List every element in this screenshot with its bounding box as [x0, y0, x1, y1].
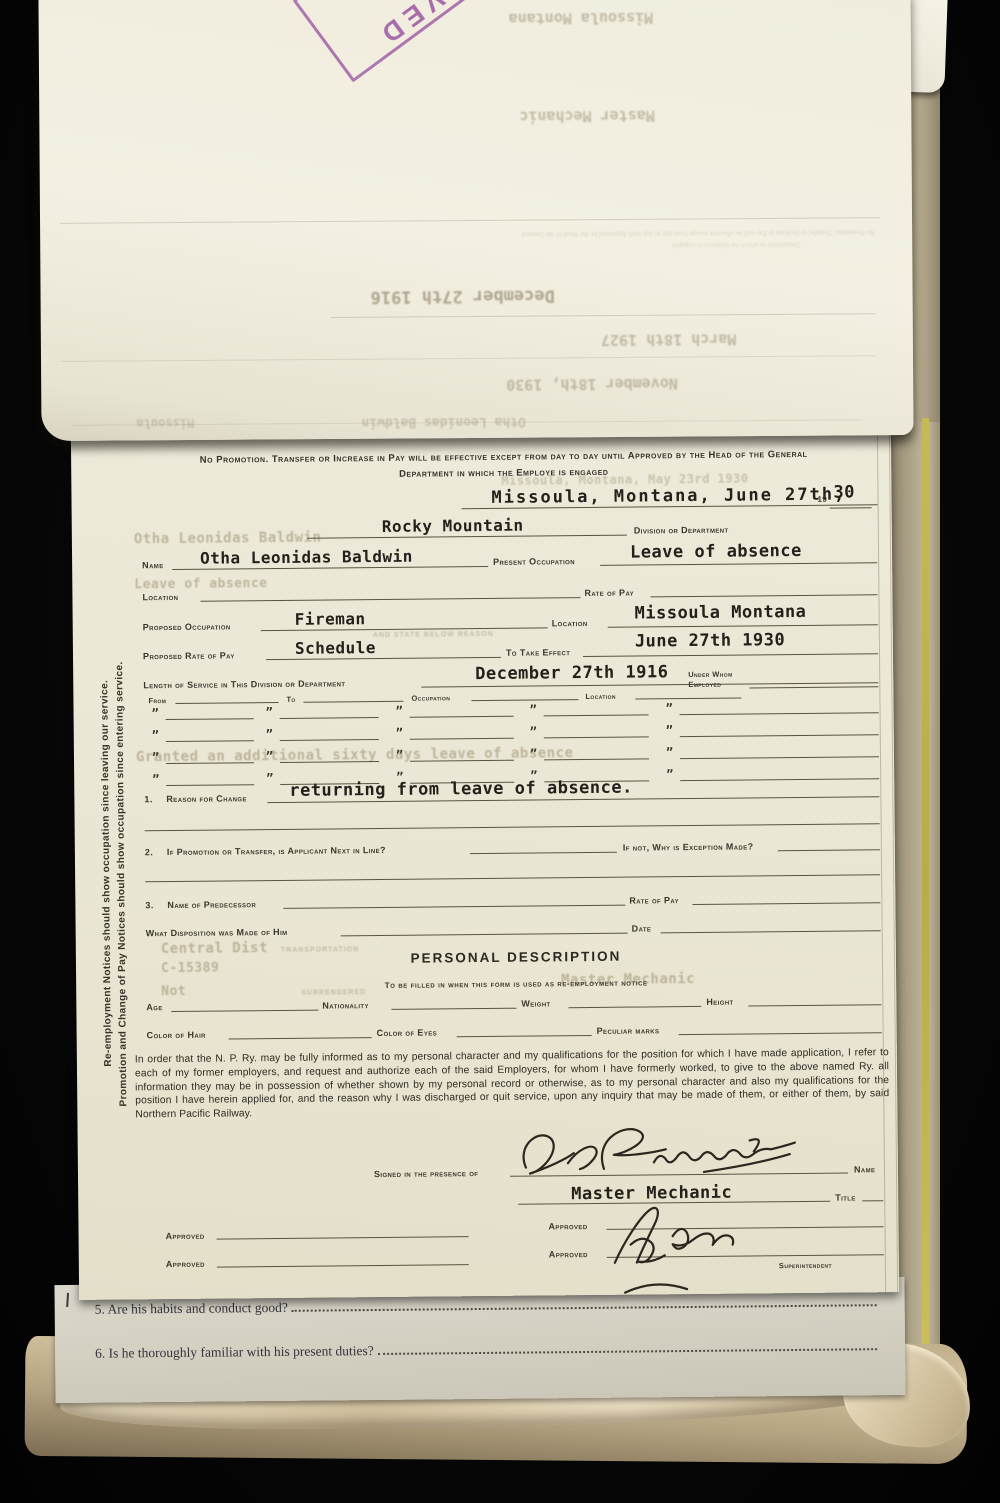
- ditto-mark: ”: [265, 705, 272, 719]
- question-6-text: 6. Is he thoroughly familiar with his pr…: [95, 1343, 374, 1362]
- rule-line: [471, 699, 578, 701]
- rule-line: [280, 739, 379, 741]
- rule-line: [608, 624, 878, 628]
- take-effect-value: June 27th 1930: [635, 630, 785, 651]
- q1-label: Reason for Change: [166, 793, 247, 804]
- height-label: Height: [706, 997, 733, 1007]
- ditto-mark: ”: [395, 704, 402, 718]
- rule-line: [175, 702, 278, 704]
- ghost-flipped-4: November 18th, 1930: [506, 375, 678, 394]
- rule-line: [748, 1004, 881, 1006]
- question-5-text: 5. Are his habits and conduct good?: [95, 1300, 288, 1318]
- ghost-print-echo: AND STATE BELOW REASON: [373, 631, 494, 639]
- rule-line: [217, 1236, 469, 1239]
- ghost-flipped-0: Missoula Montana: [509, 9, 654, 28]
- ditto-mark: ”: [152, 728, 159, 742]
- ditto-mark: ”: [530, 724, 537, 738]
- q3-number: 3.: [145, 900, 153, 910]
- ditto-mark: ”: [266, 749, 273, 763]
- rule-line: [862, 1200, 883, 1201]
- proposed-occupation-label: Proposed Occupation: [143, 621, 231, 632]
- take-effect-label: To Take Effect: [506, 647, 570, 658]
- photograph-background: 5. Are his habits and conduct good? 6. I…: [0, 0, 1000, 1503]
- rule-line: [544, 714, 649, 716]
- division-label: Division or Department: [634, 525, 729, 536]
- superintendent-label: Superintendent: [779, 1261, 832, 1271]
- name-value: Otha Leonidas Baldwin: [200, 547, 413, 568]
- ghost-flipped-2: December 27th 1916: [370, 285, 554, 306]
- ghost-flipped-5: Otha Leonidas Baldwin: [361, 414, 525, 430]
- length-of-service-label: Length of Service in This Division or De…: [143, 678, 345, 690]
- ditto-mark: ”: [666, 745, 673, 759]
- sidenote-reemployment: Re-employment Notices should show occupa…: [98, 532, 114, 1067]
- employed-label: Employed: [688, 680, 721, 689]
- rule-line: [583, 653, 878, 657]
- rule-line: [568, 1006, 701, 1008]
- rule-line: [341, 933, 628, 937]
- purple-stamp-text: VED: [370, 0, 450, 53]
- to-label: To: [286, 695, 295, 704]
- ditto-mark: ”: [665, 701, 672, 715]
- nationality-label: Nationality: [322, 1000, 369, 1010]
- from-label: From: [148, 696, 166, 705]
- proposed-rate-value: Schedule: [295, 638, 376, 658]
- q3-label: Name of Predecessor: [167, 899, 256, 910]
- division-value: Rocky Mountain: [382, 516, 524, 536]
- approved-label-left2: Approved: [166, 1259, 205, 1269]
- ghost-name-echo: Otha Leonidas Baldwin: [134, 530, 322, 548]
- rule-line: [217, 1264, 469, 1267]
- ditto-mark: ”: [396, 726, 403, 740]
- flipped-over-page: VED Missoula Montana Master Mechanic No …: [38, 0, 913, 441]
- proposed-location-value: Missoula Montana: [635, 602, 807, 624]
- rule-line: [680, 778, 879, 781]
- question-6-row: 6. Is he thoroughly familiar with his pr…: [95, 1337, 877, 1362]
- rule-line: [544, 736, 649, 738]
- q2-label: If Promotion or Transfer, is Applicant N…: [167, 845, 386, 857]
- book-yellow-edge: [922, 418, 929, 1346]
- q1-value: returning from leave of absence.: [289, 778, 633, 801]
- promotion-transfer-form-page: Re-employment Notices should show occupa…: [71, 424, 899, 1300]
- ghost-flipped-6: Missoula: [136, 416, 194, 430]
- paper-crease: [877, 424, 886, 1292]
- proposed-location-label: Location: [552, 618, 588, 628]
- proposed-rate-label: Proposed Rate of Pay: [143, 650, 235, 661]
- present-occupation-label: Present Occupation: [493, 556, 575, 567]
- year-prefix: 19: [817, 495, 827, 504]
- color-of-eyes-label: Color of Eyes: [377, 1027, 437, 1038]
- rule-line: [200, 597, 580, 602]
- signed-in-presence-label: Signed in the presence of: [374, 1168, 478, 1179]
- weight-label: Weight: [521, 998, 550, 1008]
- disposition-label: What Disposition was Made of Him: [146, 927, 288, 938]
- rule-line: [171, 1010, 318, 1012]
- rule-line: [229, 1037, 372, 1039]
- ghost-flipped-header2: Department in which the Employe is engag…: [160, 240, 800, 253]
- occupation-label: Occupation: [411, 693, 450, 702]
- rule-line: [680, 734, 879, 737]
- ditto-mark: ”: [266, 771, 273, 785]
- rule-line: [661, 930, 881, 933]
- date-label: Date: [632, 923, 652, 933]
- authorization-paragraph: In order that the N. P. Ry. may be fully…: [135, 1046, 890, 1122]
- age-label: Age: [146, 1002, 162, 1012]
- rule-line: [778, 849, 880, 851]
- personal-description-subtitle: To be filled in when this form is used a…: [146, 976, 886, 992]
- title-label: Title: [835, 1192, 856, 1202]
- rule-line: [680, 712, 879, 715]
- ditto-mark: ”: [151, 706, 158, 720]
- name-label: Name: [142, 560, 164, 570]
- rule-line: [145, 823, 880, 831]
- rule-line: [166, 718, 254, 720]
- ditto-mark: ”: [396, 748, 403, 762]
- q1-number: 1.: [144, 794, 152, 804]
- ghost-rule: [331, 313, 876, 318]
- peculiar-marks-label: Peculiar marks: [597, 1025, 660, 1036]
- rule-line: [166, 784, 254, 786]
- q2-label2: If not, Why is Exception Made?: [623, 841, 754, 852]
- rule-line: [635, 698, 741, 700]
- proposed-occupation-value: Fireman: [295, 609, 366, 629]
- approved-label-right2: Approved: [549, 1249, 588, 1259]
- rule-line: [457, 1035, 592, 1037]
- rule-line: [410, 738, 514, 740]
- ditto-mark: ”: [529, 702, 536, 716]
- form-header-line1: No Promotion. Transfer or Increase in Pa…: [126, 448, 881, 466]
- rule-line: [749, 686, 878, 688]
- rule-line: [692, 902, 880, 905]
- year-value: 30: [833, 482, 855, 502]
- sidenote-promotion: Promotion and Change of Pay Notices shou…: [113, 531, 130, 1106]
- under-whom-label: Under Whom: [688, 670, 733, 679]
- ditto-mark: ”: [152, 772, 159, 786]
- q2-number: 2.: [145, 847, 153, 857]
- rule-line: [600, 562, 877, 566]
- color-of-hair-label: Color of Hair: [147, 1030, 206, 1041]
- table-location-label: Location: [585, 692, 616, 701]
- ghost-rule: [61, 355, 876, 362]
- q3-label2: Rate of Pay: [629, 895, 679, 905]
- ditto-mark: ”: [266, 727, 273, 741]
- approved-label-left1: Approved: [166, 1231, 205, 1241]
- rate-of-pay-label: Rate of Pay: [584, 588, 634, 598]
- rule-line: [650, 594, 877, 597]
- ghost-leave-echo: Leave of absence: [134, 576, 267, 592]
- ditto-mark: ”: [666, 767, 673, 781]
- length-of-service-value: December 27th 1916: [475, 662, 668, 684]
- ghost-rule: [60, 217, 880, 224]
- rule-line: [303, 701, 403, 703]
- ditto-mark: ”: [530, 746, 537, 760]
- rule-line: [280, 717, 379, 719]
- rule-line: [283, 905, 625, 909]
- rule-line: [166, 740, 254, 742]
- rule-line: [391, 1008, 516, 1010]
- rule-line: [680, 756, 879, 759]
- question-6-answer-line: [378, 1337, 878, 1355]
- present-occupation-value: Leave of absence: [630, 541, 802, 563]
- superintendent-signature: [596, 1202, 747, 1267]
- location-label: Location: [142, 592, 178, 602]
- ditto-mark: ”: [152, 750, 159, 764]
- approved-label-right1: Approved: [548, 1221, 587, 1231]
- pen-mark: [66, 1293, 69, 1307]
- ditto-mark: ”: [666, 723, 673, 737]
- rule-line: [410, 716, 514, 718]
- ghost-flipped-3: March 18th 1927: [601, 330, 737, 349]
- rule-line: [830, 507, 872, 508]
- ghost-flipped-1: Master Mechanic: [519, 107, 655, 126]
- signature-name-label: Name: [854, 1164, 876, 1174]
- purple-stamp: VED: [293, 0, 489, 82]
- rule-line: [470, 852, 617, 854]
- rule-line: [679, 1032, 882, 1035]
- pen-flourish: [621, 1280, 691, 1297]
- rule-line: [145, 874, 880, 882]
- rule-line: [544, 758, 649, 760]
- rule-line: [307, 535, 627, 539]
